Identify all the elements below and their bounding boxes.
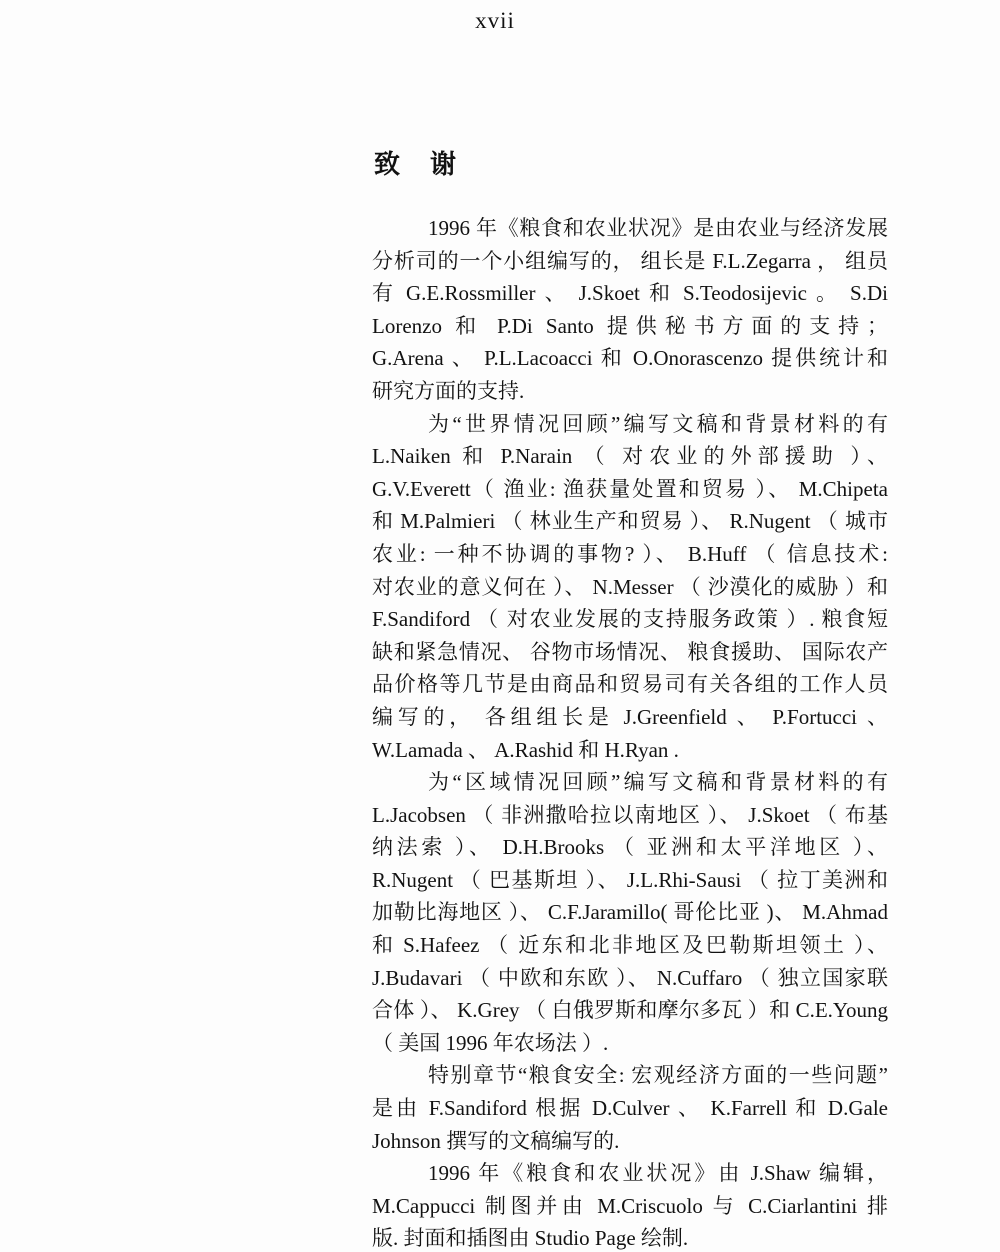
text-line: G.V.Everett（ 渔业: 渔获量处置和贸易 ）、 M.Chipeta (372, 473, 888, 506)
text-line: 品价格等几节是由商品和贸易司有关各组的工作人员 (372, 668, 888, 701)
text-line: F.Sandiford （ 对农业发展的支持服务政策 ）. 粮食短 (372, 603, 888, 636)
acknowledgments-body: 1996 年《粮食和农业状况》是由农业与经济发展分析司的一个小组编写的， 组长是… (372, 212, 888, 1252)
text-line: 合体 ）、 K.Grey （ 白俄罗斯和摩尔多瓦 ）和 C.E.Young (372, 994, 888, 1027)
page-number: xvii (0, 8, 990, 34)
text-line: 特别章节“粮食安全: 宏观经济方面的一些问题” (372, 1059, 888, 1092)
paragraph: 1996 年《粮食和农业状况》由 J.Shaw 编辑，M.Cappucci 制图… (372, 1157, 888, 1252)
text-line: 分析司的一个小组编写的， 组长是 F.L.Zegarra ， 组员 (372, 245, 888, 278)
text-line: 缺和紧急情况、 谷物市场情况、 粮食援助、 国际农产 (372, 636, 888, 669)
text-line: 研究方面的支持. (372, 375, 888, 408)
paragraph: 为“区域情况回顾”编写文稿和背景材料的有L.Jacobsen （ 非洲撒哈拉以南… (372, 766, 888, 1059)
text-line: J.Budavari （ 中欧和东欧 ）、 N.Cuffaro （ 独立国家联 (372, 962, 888, 995)
text-line: 纳法索 ）、 D.H.Brooks （ 亚洲和太平洋地区 ）、 (372, 831, 888, 864)
text-line: 1996 年《粮食和农业状况》是由农业与经济发展 (372, 212, 888, 245)
document-page: xvii 致 谢 1996 年《粮食和农业状况》是由农业与经济发展分析司的一个小… (0, 0, 1000, 1252)
text-line: 编写的， 各组组长是 J.Greenfield 、 P.Fortucci 、 (372, 701, 888, 734)
text-line: 农业: 一种不协调的事物? ）、 B.Huff （ 信息技术: (372, 538, 888, 571)
text-line: 1996 年《粮食和农业状况》由 J.Shaw 编辑， (372, 1157, 888, 1190)
paragraph: 1996 年《粮食和农业状况》是由农业与经济发展分析司的一个小组编写的， 组长是… (372, 212, 888, 408)
text-line: 为“世界情况回顾”编写文稿和背景材料的有 (372, 408, 888, 441)
text-line: （ 美国 1996 年农场法 ）. (372, 1027, 888, 1060)
text-line: 有 G.E.Rossmiller 、 J.Skoet 和 S.Teodosije… (372, 277, 888, 310)
paragraph: 为“世界情况回顾”编写文稿和背景材料的有L.Naiken 和 P.Narain … (372, 408, 888, 767)
text-line: 和 M.Palmieri （ 林业生产和贸易 ）、 R.Nugent （ 城市 (372, 505, 888, 538)
text-line: 对农业的意义何在 ）、 N.Messer （ 沙漠化的威胁 ）和 (372, 571, 888, 604)
text-line: 版. 封面和插图由 Studio Page 绘制. (372, 1222, 888, 1252)
text-line: R.Nugent （ 巴基斯坦 ）、 J.L.Rhi-Sausi （ 拉丁美洲和 (372, 864, 888, 897)
text-line: W.Lamada 、 A.Rashid 和 H.Ryan . (372, 734, 888, 767)
text-line: 是由 F.Sandiford 根据 D.Culver 、 K.Farrell 和… (372, 1092, 888, 1125)
text-line: 加勒比海地区 ）、 C.F.Jaramillo( 哥伦比亚 )、 M.Ahmad (372, 896, 888, 929)
text-line: 和 S.Hafeez （ 近东和北非地区及巴勒斯坦领土 ）、 (372, 929, 888, 962)
text-line: Lorenzo 和 P.Di Santo 提供秘书方面的支持； (372, 310, 888, 343)
text-line: M.Cappucci 制图并由 M.Criscuolo 与 C.Ciarlant… (372, 1190, 888, 1223)
text-line: L.Jacobsen （ 非洲撒哈拉以南地区 ）、 J.Skoet （ 布基 (372, 799, 888, 832)
text-line: G.Arena 、 P.L.Lacoacci 和 O.Onorascenzo 提… (372, 342, 888, 375)
text-line: L.Naiken 和 P.Narain （ 对农业的外部援助 ）、 (372, 440, 888, 473)
paragraph: 特别章节“粮食安全: 宏观经济方面的一些问题”是由 F.Sandiford 根据… (372, 1059, 888, 1157)
text-line: Johnson 撰写的文稿编写的. (372, 1125, 888, 1158)
text-line: 为“区域情况回顾”编写文稿和背景材料的有 (372, 766, 888, 799)
acknowledgments-heading: 致 谢 (374, 144, 458, 181)
